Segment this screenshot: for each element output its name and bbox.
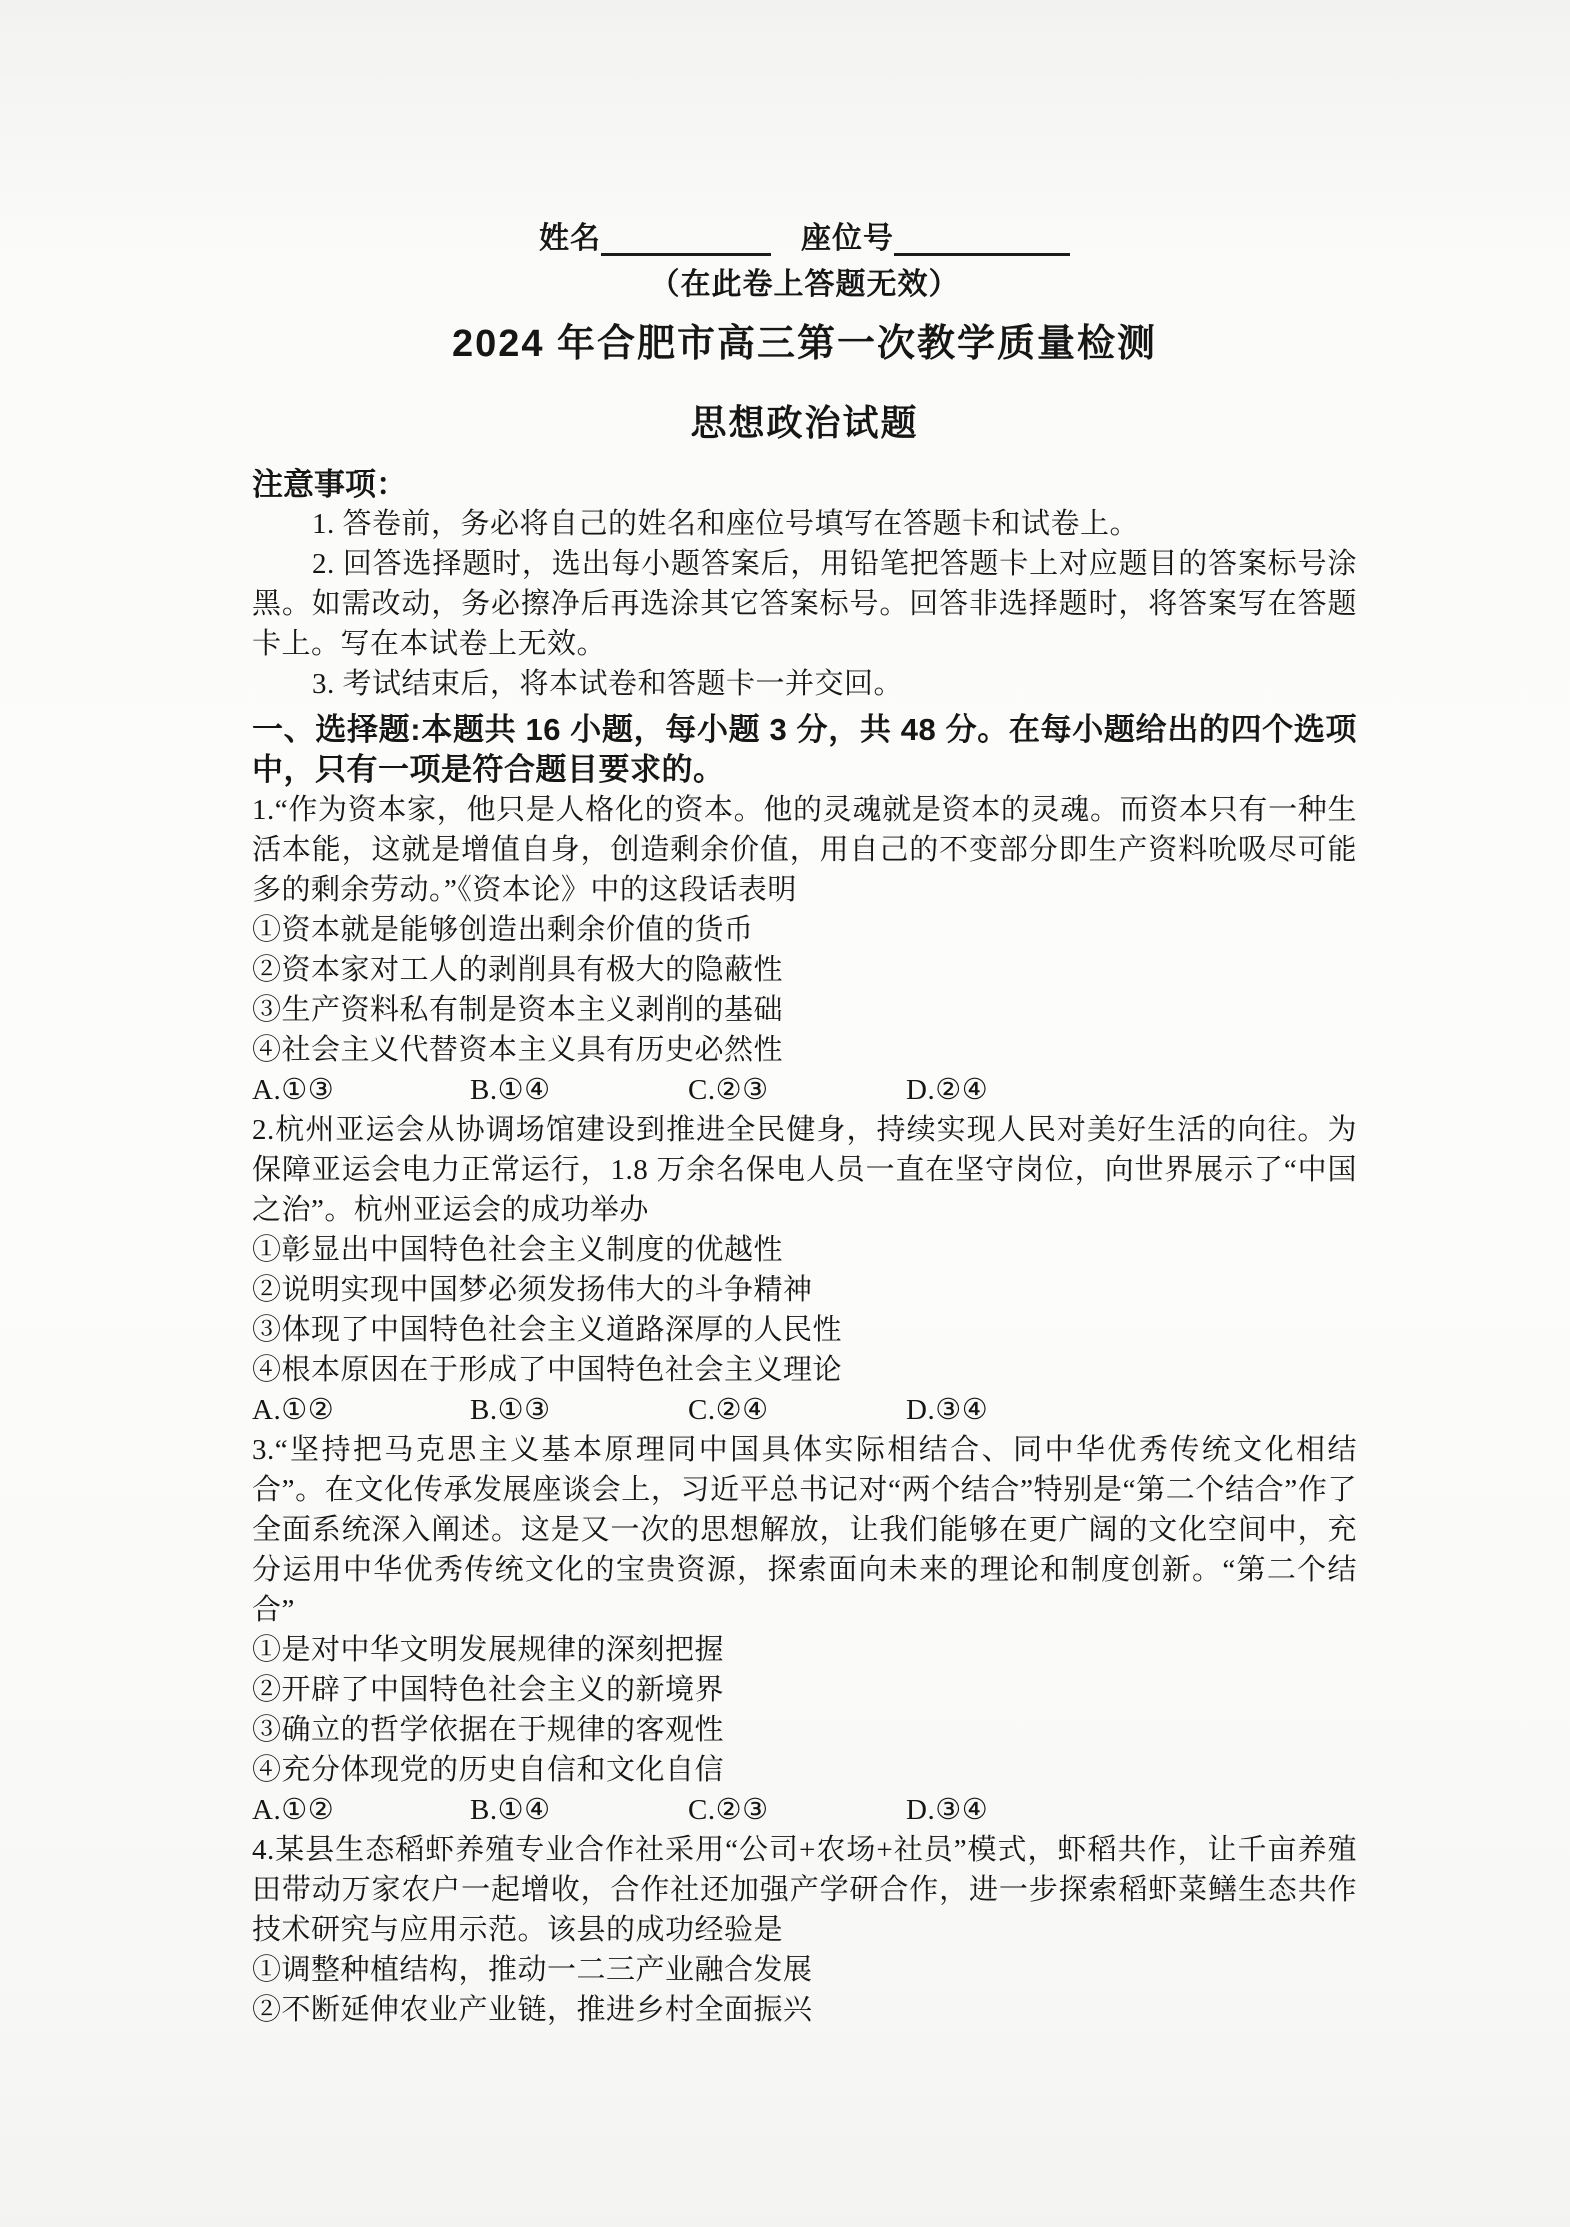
question-2-option-c: C.②④ (688, 1390, 906, 1430)
question-3-choice-2: ②开辟了中国特色社会主义的新境界 (252, 1670, 1357, 1710)
question-4-choice-1: ①调整种植结构，推动一二三产业融合发展 (252, 1950, 1357, 1990)
question-1: 1.“作为资本家，他只是人格化的资本。他的灵魂就是资本的灵魂。而资本只有一种生活… (252, 790, 1357, 1110)
section-heading: 一、选择题:本题共 16 小题，每小题 3 分，共 48 分。在每小题给出的四个… (252, 710, 1357, 790)
question-2-option-d: D.③④ (906, 1390, 988, 1430)
question-1-choice-2: ②资本家对工人的剥削具有极大的隐蔽性 (252, 950, 1357, 990)
note-item-1: 1. 答卷前，务必将自己的姓名和座位号填写在答题卡和试卷上。 (252, 504, 1357, 544)
note-item-2: 2. 回答选择题时，选出每小题答案后，用铅笔把答题卡上对应题目的答案标号涂黑。如… (252, 544, 1357, 664)
question-1-options-row: A.①③ B.①④ C.②③ D.②④ (252, 1070, 1357, 1110)
question-3-options-row: A.①② B.①④ C.②③ D.③④ (252, 1790, 1357, 1830)
question-3-choice-1: ①是对中华文明发展规律的深刻把握 (252, 1630, 1357, 1670)
question-1-option-a: A.①③ (252, 1070, 470, 1110)
question-2-choice-4: ④根本原因在于形成了中国特色社会主义理论 (252, 1350, 1357, 1390)
notes-heading: 注意事项： (252, 466, 1357, 504)
exam-paper: 姓名座位号 （在此卷上答题无效） 2024 年合肥市高三第一次教学质量检测 思想… (0, 0, 1570, 2227)
question-1-stem: 1.“作为资本家，他只是人格化的资本。他的灵魂就是资本的灵魂。而资本只有一种生活… (252, 790, 1357, 910)
question-2-options-row: A.①② B.①③ C.②④ D.③④ (252, 1390, 1357, 1430)
exam-title: 2024 年合肥市高三第一次教学质量检测 (252, 322, 1357, 366)
question-4-choice-2: ②不断延伸农业产业链，推进乡村全面振兴 (252, 1990, 1357, 2030)
question-3-option-a: A.①② (252, 1790, 470, 1830)
question-2-stem: 2.杭州亚运会从协调场馆建设到推进全民健身，持续实现人民对美好生活的向往。为保障… (252, 1110, 1357, 1230)
exam-subtitle: 思想政治试题 (252, 402, 1357, 444)
question-1-choice-1: ①资本就是能够创造出剩余价值的货币 (252, 910, 1357, 950)
question-3-option-d: D.③④ (906, 1790, 988, 1830)
invalid-answer-notice: （在此卷上答题无效） (252, 268, 1357, 302)
question-2-choice-3: ③体现了中国特色社会主义道路深厚的人民性 (252, 1310, 1357, 1350)
seat-label: 座位号 (801, 222, 894, 256)
question-2: 2.杭州亚运会从协调场馆建设到推进全民健身，持续实现人民对美好生活的向往。为保障… (252, 1110, 1357, 1430)
question-2-choice-2: ②说明实现中国梦必须发扬伟大的斗争精神 (252, 1270, 1357, 1310)
seat-blank-underline (894, 223, 1070, 256)
name-blank-underline (601, 223, 771, 256)
question-1-choice-4: ④社会主义代替资本主义具有历史必然性 (252, 1030, 1357, 1070)
question-2-choice-1: ①彰显出中国特色社会主义制度的优越性 (252, 1230, 1357, 1270)
question-1-choice-3: ③生产资料私有制是资本主义剥削的基础 (252, 990, 1357, 1030)
name-label: 姓名 (539, 222, 601, 256)
question-3: 3.“坚持把马克思主义基本原理同中国具体实际相结合、同中华优秀传统文化相结合”。… (252, 1430, 1357, 1830)
question-4: 4.某县生态稻虾养殖专业合作社采用“公司+农场+社员”模式，虾稻共作，让千亩养殖… (252, 1830, 1357, 2030)
question-1-option-d: D.②④ (906, 1070, 988, 1110)
note-item-3: 3. 考试结束后，将本试卷和答题卡一并交回。 (252, 664, 1357, 704)
question-3-option-b: B.①④ (470, 1790, 688, 1830)
question-2-option-a: A.①② (252, 1390, 470, 1430)
question-1-option-c: C.②③ (688, 1070, 906, 1110)
question-3-choice-4: ④充分体现党的历史自信和文化自信 (252, 1750, 1357, 1790)
question-2-option-b: B.①③ (470, 1390, 688, 1430)
question-3-choice-3: ③确立的哲学依据在于规律的客观性 (252, 1710, 1357, 1750)
question-3-stem: 3.“坚持把马克思主义基本原理同中国具体实际相结合、同中华优秀传统文化相结合”。… (252, 1430, 1357, 1630)
question-1-option-b: B.①④ (470, 1070, 688, 1110)
exam-content: 姓名座位号 （在此卷上答题无效） 2024 年合肥市高三第一次教学质量检测 思想… (252, 0, 1357, 2030)
question-3-option-c: C.②③ (688, 1790, 906, 1830)
name-seat-row: 姓名座位号 (252, 222, 1357, 256)
question-4-stem: 4.某县生态稻虾养殖专业合作社采用“公司+农场+社员”模式，虾稻共作，让千亩养殖… (252, 1830, 1357, 1950)
